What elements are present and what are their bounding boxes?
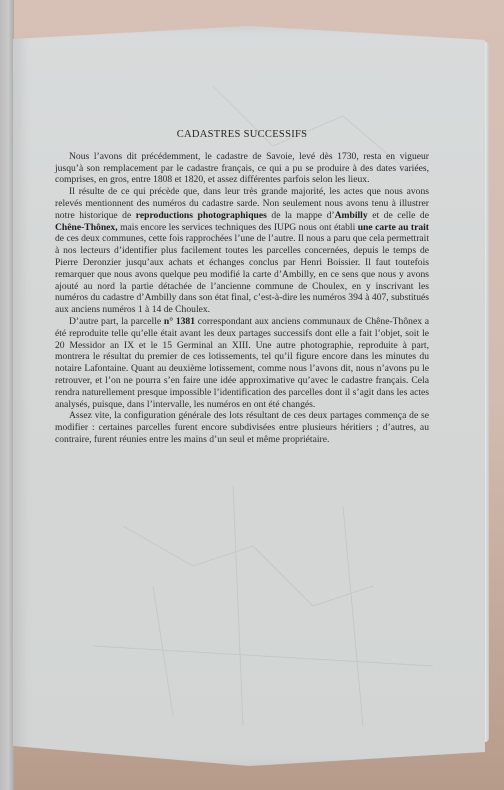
bold-term: une carte au trait	[358, 222, 429, 233]
bold-term: reproductions photographiques	[136, 210, 267, 221]
bold-term: Ambilly	[335, 210, 368, 221]
book-page: CADASTRES SUCCESSIFS Nous l’avons dit pr…	[13, 26, 485, 766]
book-spine	[0, 0, 14, 790]
paragraph-4: Assez vite, la configuration générale de…	[55, 410, 429, 445]
paragraph-2: Il résulte de ce qui précède que, dans l…	[55, 186, 429, 316]
bold-term: Chêne-Thônex,	[55, 222, 118, 233]
page-content: CADASTRES SUCCESSIFS Nous l’avons dit pr…	[55, 129, 429, 446]
paragraph-1: Nous l’avons dit précédemment, le cadast…	[55, 151, 429, 186]
bold-term: n° 1381	[164, 316, 195, 327]
paragraph-3: D’autre part, la parcelle n° 1381 corres…	[55, 316, 429, 410]
page-title: CADASTRES SUCCESSIFS	[55, 129, 429, 141]
